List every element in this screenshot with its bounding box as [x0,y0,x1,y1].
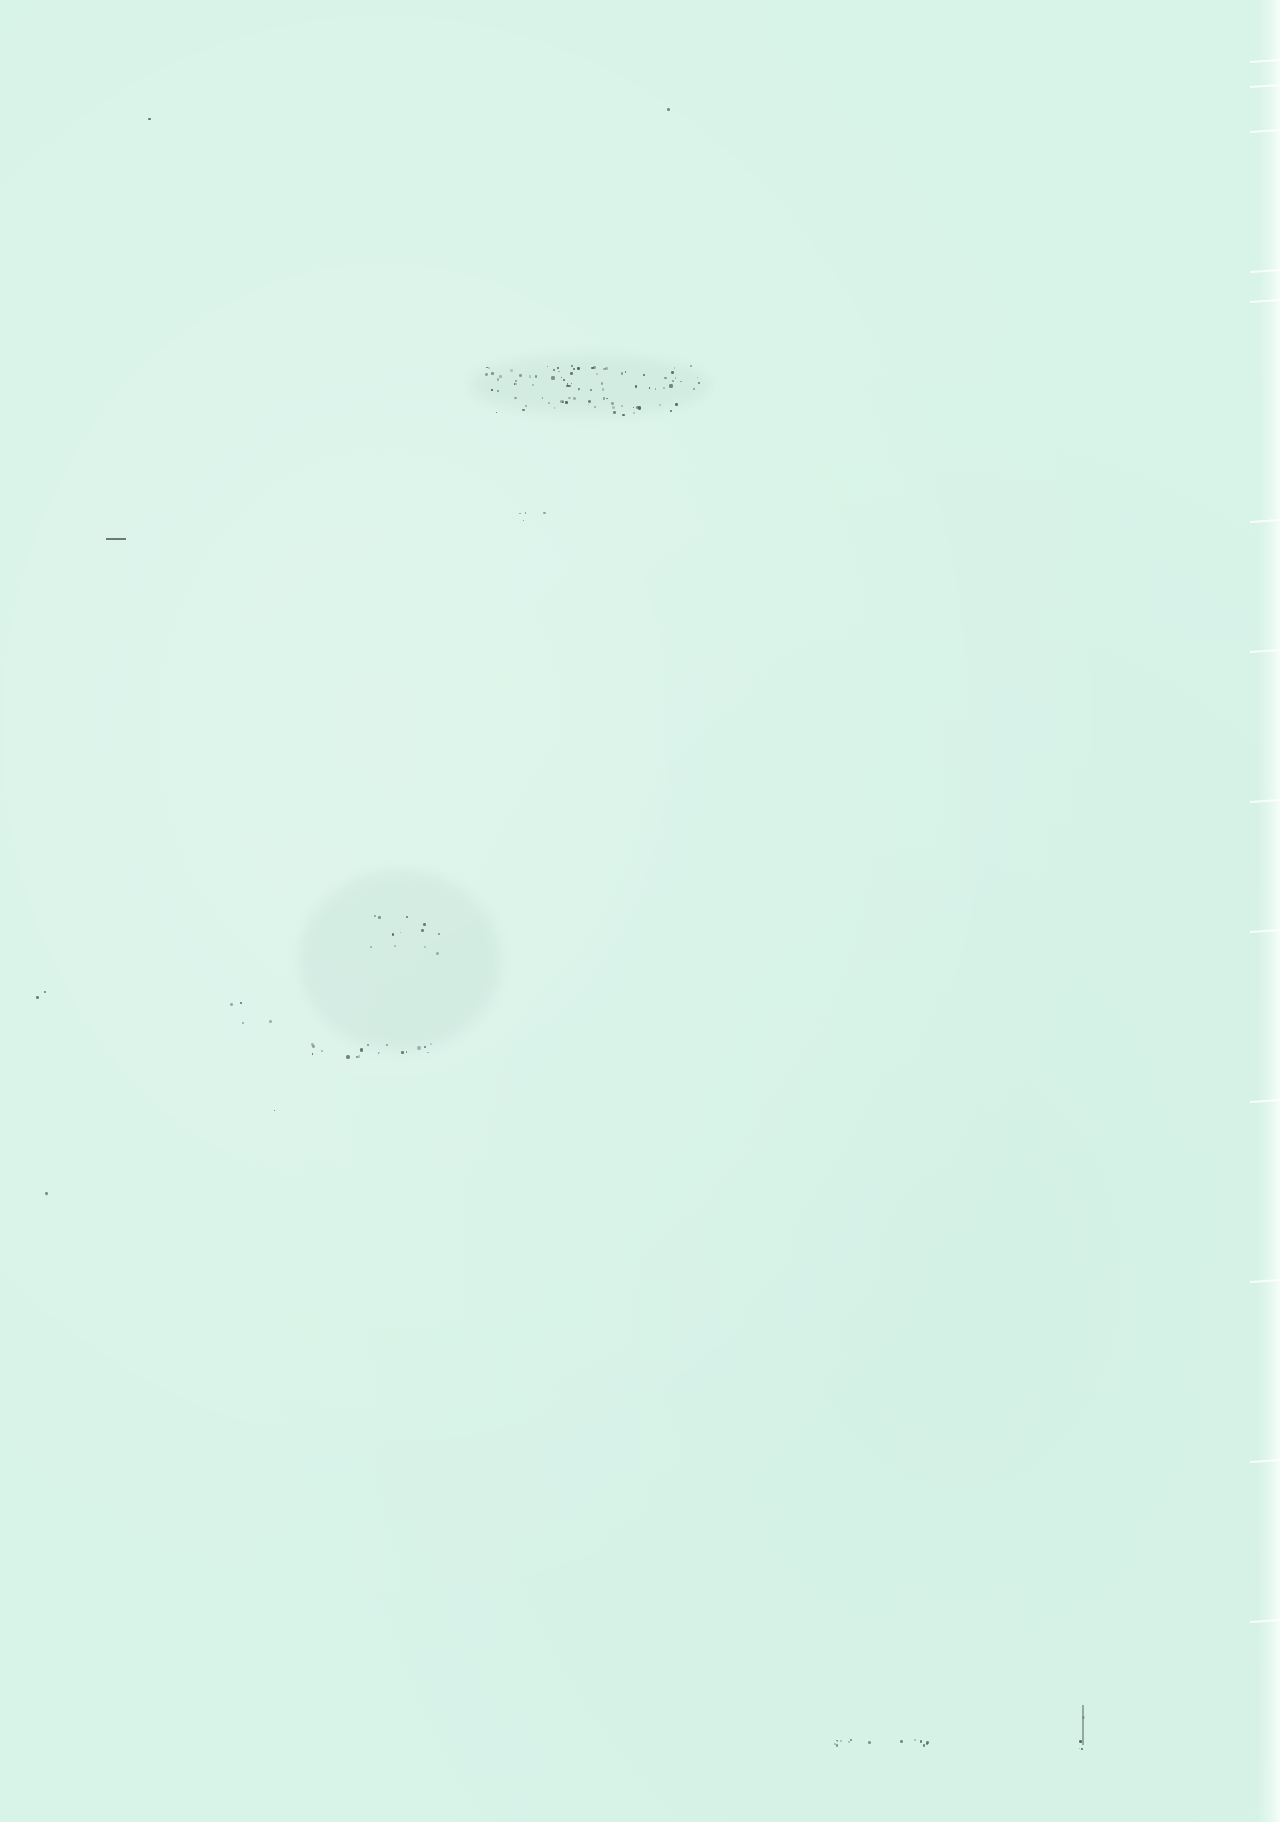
speck [424,1046,426,1048]
speck [378,1053,379,1054]
speck [417,1046,421,1050]
speck [401,1051,404,1054]
speck [510,369,513,372]
speck [312,1045,315,1048]
speck [519,513,520,514]
speck [553,369,555,371]
speck [519,374,522,377]
speck [274,1110,275,1111]
speck [697,377,699,379]
speck [671,371,674,374]
margin-mark-left [106,538,126,540]
speck [659,404,661,406]
speck [568,385,571,388]
speck [612,406,615,409]
speck [578,390,579,391]
speck [848,1741,850,1743]
speck [427,1052,428,1053]
speck [611,402,615,406]
speck [515,380,518,383]
speck [548,402,550,404]
speck [693,388,695,390]
speck [497,390,499,392]
speck [840,1740,842,1742]
speck [655,388,656,389]
speck [1079,1748,1080,1749]
speck [850,1739,852,1741]
speck [46,1195,47,1196]
speck [643,374,645,376]
speck [421,929,424,932]
speck [663,387,665,389]
speck [698,382,700,384]
speck [926,1743,928,1745]
speck [367,1044,369,1046]
speck [836,1740,837,1741]
speck [690,365,692,367]
speck [230,1003,233,1006]
speck [424,946,426,948]
speck [269,1020,272,1023]
speck [621,405,624,408]
speck [565,401,568,404]
speck [669,384,672,387]
speck [674,367,675,368]
speck [672,380,674,382]
speck [360,1048,363,1051]
speck [670,410,672,412]
speck [568,397,571,400]
speck [578,388,580,390]
speck [497,378,500,381]
speck [571,383,572,384]
speck [525,512,527,514]
speck [593,366,596,369]
speck [406,1051,408,1053]
speck [680,381,682,383]
speck [488,367,490,369]
speck [923,1744,925,1746]
speck [605,367,608,370]
speck [36,996,39,999]
speck [543,512,546,515]
speck [914,1739,916,1741]
speck [573,368,575,370]
paper-speckles [0,0,1280,1822]
speck [625,371,627,373]
speck [566,385,569,388]
speck [577,367,579,369]
speck [547,366,549,368]
speck [573,397,576,400]
speck [638,406,641,409]
speck [499,375,502,378]
speck [588,400,591,403]
speck [485,373,487,375]
speck [525,405,527,407]
speck [649,387,651,389]
speck [370,946,372,948]
speck [606,398,608,400]
speck [392,933,394,935]
margin-mark-bottom-right [1082,1705,1084,1745]
speck [588,404,589,405]
speck [358,1055,361,1058]
speck [400,932,401,933]
blank-paper-sheet [0,0,1280,1822]
speck [1081,1748,1082,1749]
speck [523,520,524,521]
speck [667,108,670,111]
speck [868,1741,871,1744]
speck [438,933,440,935]
speck [312,1053,314,1055]
speck [406,916,408,918]
speck [603,397,606,400]
speck [374,915,376,917]
speck [423,923,426,926]
speck [594,406,596,408]
speck [571,365,573,367]
speck [529,375,531,377]
speck [557,367,559,369]
speck [602,388,604,390]
speck [621,372,624,375]
speck [378,916,381,919]
speck [570,372,572,374]
speck [563,379,565,381]
speck [554,407,555,408]
speck [633,412,635,414]
speck [44,991,46,993]
speck [386,1044,388,1046]
speck [394,945,395,946]
speck [491,372,493,374]
speck [590,389,593,392]
speck [514,397,517,400]
speck [558,371,559,372]
speck [242,1022,245,1025]
speck [601,382,603,384]
speck [633,407,635,409]
speck [321,1050,323,1052]
speck [491,389,493,391]
speck [535,375,537,377]
speck [532,384,534,386]
speck [675,377,677,379]
speck [596,373,598,375]
speck [514,383,517,386]
speck [836,1744,838,1746]
speck [430,1043,432,1045]
speck [900,1740,903,1743]
speck [561,377,562,378]
speck [522,409,525,412]
speck [613,411,616,414]
speck [148,118,151,121]
speck [675,403,678,406]
speck [635,385,637,387]
speck [436,952,439,955]
speck [551,376,554,379]
speck [664,377,666,379]
speck [562,402,563,403]
speck [920,1740,922,1742]
speck [346,1055,350,1059]
speck [240,1002,242,1004]
speck [622,414,624,416]
speck [542,397,543,398]
speck [496,412,498,414]
